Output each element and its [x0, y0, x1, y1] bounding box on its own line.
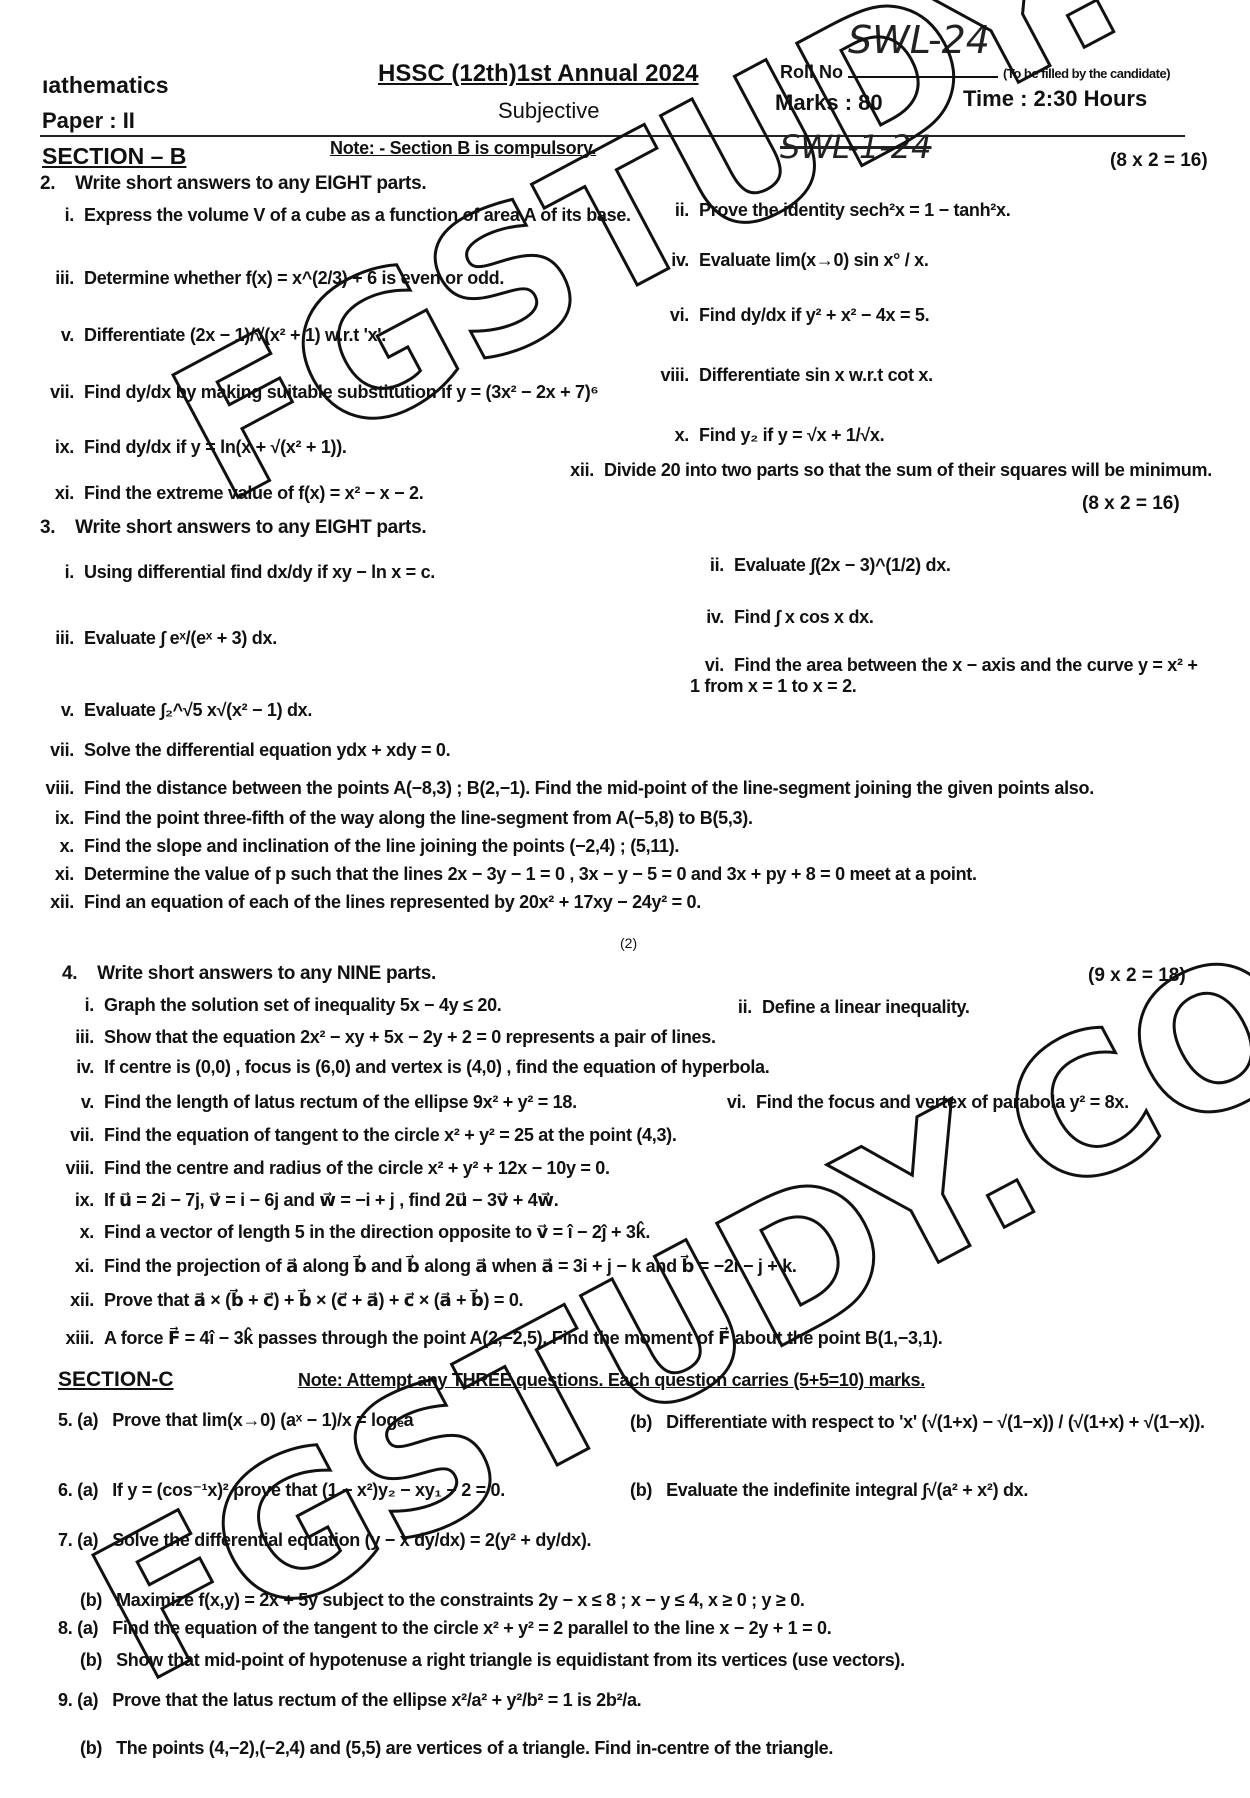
part-text: Find dy/dx if y² + x² − 4x = 5.: [699, 305, 929, 325]
q2-part: xi.Find the extreme value of f(x) = x² −…: [40, 483, 423, 504]
part-text: Prove that a⃗ × (b⃗ + c⃗) + b⃗ × (c⃗ + a…: [104, 1290, 523, 1310]
part-text: Find the equation of tangent to the circ…: [104, 1125, 677, 1145]
part-number: vii.: [40, 382, 74, 403]
part-number: vii.: [40, 740, 74, 761]
question-5-part-b: (b)Differentiate with respect to 'x' (√(…: [630, 1412, 1205, 1433]
part-label: (a): [77, 1618, 98, 1638]
part-label: (b): [630, 1480, 652, 1500]
roll-note: (To be filled by the candidate): [1003, 66, 1170, 81]
part-text: Find an equation of each of the lines re…: [84, 892, 701, 912]
part-text: Find the projection of a⃗ along b⃗ and b…: [104, 1256, 797, 1276]
roll-number-blank: [848, 76, 998, 78]
part-number: iv.: [690, 607, 724, 628]
handwritten-code: SWL-24: [848, 18, 990, 62]
part-text: Find y₂ if y = √x + 1/√x.: [699, 425, 884, 445]
part-number: xii.: [40, 892, 74, 913]
part-text: Define a linear inequality.: [762, 997, 970, 1017]
q2-part: viii.Differentiate sin x w.r.t cot x.: [655, 365, 933, 386]
q3-part: viii.Find the distance between the point…: [40, 778, 1094, 799]
roll-label: Roll No: [780, 62, 843, 82]
question-number: 6.: [58, 1480, 72, 1500]
question-8-part-a: 8. (a)Find the equation of the tangent t…: [58, 1618, 831, 1639]
part-text: Using differential find dx/dy if xy − ln…: [84, 562, 435, 582]
q2-part: ii.Prove the identity sech²x = 1 − tanh²…: [655, 200, 1010, 221]
part-text: Prove that the latus rectum of the ellip…: [112, 1690, 641, 1710]
q2-heading: 2. Write short answers to any EIGHT part…: [40, 173, 426, 195]
part-text: Find the extreme value of f(x) = x² − x …: [84, 483, 423, 503]
q2-part: i.Express the volume V of a cube as a fu…: [40, 205, 631, 226]
part-text: The points (4,−2),(−2,4) and (5,5) are v…: [116, 1738, 833, 1758]
question-number: 9.: [58, 1690, 72, 1710]
q3-instruction: Write short answers to any EIGHT parts.: [75, 517, 426, 538]
part-label: (b): [630, 1412, 652, 1432]
q3-part: v.Evaluate ∫₂^√5 x√(x² − 1) dx.: [40, 700, 312, 721]
q4-part: xii.Prove that a⃗ × (b⃗ + c⃗) + b⃗ × (c⃗…: [60, 1290, 523, 1311]
total-marks: Marks : 80: [775, 90, 883, 116]
part-text: Evaluate ∫₂^√5 x√(x² − 1) dx.: [84, 700, 312, 720]
section-b-title: SECTION – B: [42, 143, 186, 170]
q3-part: iv.Find ∫ x cos x dx.: [690, 607, 874, 628]
q4-part: iii.Show that the equation 2x² − xy + 5x…: [60, 1027, 716, 1048]
exam-title: HSSC (12th)1st Annual 2024: [378, 60, 699, 88]
part-number: iv.: [60, 1057, 94, 1078]
part-text: A force F⃗ = 4î − 3k̂ passes through the…: [104, 1328, 942, 1348]
q3-part: vi.Find the area between the x − axis an…: [690, 655, 1210, 697]
part-label: (a): [77, 1690, 98, 1710]
q2-part: ix.Find dy/dx if y = ln(x + √(x² + 1)).: [40, 437, 347, 458]
part-number: iii.: [40, 268, 74, 289]
part-text: Evaluate the indefinite integral ∫√(a² +…: [666, 1480, 1028, 1500]
q2-part: v.Differentiate (2x − 1)/√(x² + 1) w.r.t…: [40, 325, 386, 346]
time-allowed: Time : 2:30 Hours: [963, 86, 1147, 112]
part-number: x.: [60, 1222, 94, 1243]
question-6-part-b: (b)Evaluate the indefinite integral ∫√(a…: [630, 1480, 1028, 1501]
q2-part: vii.Find dy/dx by making suitable substi…: [40, 382, 598, 403]
part-number: viii.: [60, 1158, 94, 1179]
part-text: Prove the identity sech²x = 1 − tanh²x.: [699, 200, 1010, 220]
section-c-note: Note: Attempt any THREE questions. Each …: [298, 1370, 925, 1391]
q2-number: 2.: [40, 173, 55, 194]
part-number: vi.: [655, 305, 689, 326]
part-number: xiii.: [60, 1328, 94, 1349]
part-text: Evaluate lim(x→0) sin x° / x.: [699, 250, 929, 270]
q4-instruction: Write short answers to any NINE parts.: [97, 963, 436, 984]
question-5-part-a: 5. (a)Prove that lim(x→0) (aˣ − 1)/x = l…: [58, 1410, 413, 1431]
q4-part: i.Graph the solution set of inequality 5…: [60, 995, 501, 1016]
part-text: If y = (cos⁻¹x)² prove that (1 − x²)y₂ −…: [112, 1480, 505, 1500]
part-number: x.: [655, 425, 689, 446]
part-text: Determine the value of p such that the l…: [84, 864, 977, 884]
part-number: viii.: [655, 365, 689, 386]
question-number: 5.: [58, 1410, 72, 1430]
part-number: xi.: [40, 864, 74, 885]
q4-part: viii.Find the centre and radius of the c…: [60, 1158, 610, 1179]
q4-part: ix.If u⃗ = 2i − 7j, v⃗ = i − 6j and w⃗ =…: [60, 1190, 558, 1211]
question-6-part-a: 6. (a)If y = (cos⁻¹x)² prove that (1 − x…: [58, 1480, 505, 1501]
part-number: ii.: [718, 997, 752, 1018]
part-text: Graph the solution set of inequality 5x …: [104, 995, 501, 1015]
part-number: xii.: [560, 460, 594, 481]
part-label: (a): [77, 1410, 98, 1430]
part-text: Show that mid-point of hypotenuse a righ…: [116, 1650, 905, 1670]
q2-marks: (8 x 2 = 16): [1110, 150, 1208, 172]
question-7-part-b: (b)Maximize f(x,y) = 2x + 5y subject to …: [80, 1590, 805, 1611]
q4-part: x.Find a vector of length 5 in the direc…: [60, 1222, 650, 1243]
part-text: Evaluate ∫(2x − 3)^(1/2) dx.: [734, 555, 951, 575]
part-number: vi.: [690, 655, 724, 676]
q4-marks: (9 x 2 = 18): [1088, 965, 1186, 987]
part-text: Find ∫ x cos x dx.: [734, 607, 874, 627]
question-8-part-b: (b)Show that mid-point of hypotenuse a r…: [80, 1650, 905, 1671]
question-7-part-a: 7. (a)Solve the differential equation (y…: [58, 1530, 591, 1551]
section-c-title: SECTION-C: [58, 1368, 174, 1392]
question-number: 8.: [58, 1618, 72, 1638]
part-number: iv.: [655, 250, 689, 271]
header-divider: [40, 135, 1185, 137]
q2-part: iii.Determine whether f(x) = x^(2/3) + 6…: [40, 268, 504, 289]
page-marker: (2): [620, 935, 637, 951]
part-number: iii.: [60, 1027, 94, 1048]
handwritten-strike: SWL-1-24: [780, 128, 931, 166]
part-text: Find the length of latus rectum of the e…: [104, 1092, 577, 1112]
part-label: (b): [80, 1738, 102, 1758]
q2-part: iv.Evaluate lim(x→0) sin x° / x.: [655, 250, 929, 271]
part-number: ix.: [40, 808, 74, 829]
part-text: Determine whether f(x) = x^(2/3) + 6 is …: [84, 268, 504, 288]
part-number: vi.: [712, 1092, 746, 1113]
q4-part: xiii.A force F⃗ = 4î − 3k̂ passes throug…: [60, 1328, 942, 1349]
q4-part: ii.Define a linear inequality.: [718, 997, 970, 1018]
q3-number: 3.: [40, 517, 55, 538]
part-number: ix.: [60, 1190, 94, 1211]
part-text: Solve the differential equation (y − x d…: [112, 1530, 591, 1550]
part-number: i.: [40, 205, 74, 226]
part-text: Find the point three-fifth of the way al…: [84, 808, 753, 828]
part-text: If centre is (0,0) , focus is (6,0) and …: [104, 1057, 769, 1077]
q4-part: xi.Find the projection of a⃗ along b⃗ an…: [60, 1256, 797, 1277]
paper-label: Paper : II: [42, 108, 135, 134]
part-text: Divide 20 into two parts so that the sum…: [604, 460, 1212, 480]
part-number: i.: [60, 995, 94, 1016]
q4-heading: 4. Write short answers to any NINE parts…: [62, 963, 436, 985]
part-number: v.: [40, 325, 74, 346]
paper-type: Subjective: [498, 98, 600, 124]
q3-part: vii.Solve the differential equation ydx …: [40, 740, 450, 761]
question-9-part-b: (b)The points (4,−2),(−2,4) and (5,5) ar…: [80, 1738, 833, 1759]
q3-part: i.Using differential find dx/dy if xy − …: [40, 562, 435, 583]
part-number: vii.: [60, 1125, 94, 1146]
q4-part: vi.Find the focus and vertex of parabola…: [712, 1092, 1129, 1113]
part-number: ii.: [655, 200, 689, 221]
part-text: Solve the differential equation ydx + xd…: [84, 740, 450, 760]
part-text: Evaluate ∫ eˣ/(eˣ + 3) dx.: [84, 628, 277, 648]
q3-part: ix.Find the point three-fifth of the way…: [40, 808, 753, 829]
q2-part: vi.Find dy/dx if y² + x² − 4x = 5.: [655, 305, 929, 326]
part-text: Prove that lim(x→0) (aˣ − 1)/x = logₑa: [112, 1410, 413, 1430]
part-text: Find the centre and radius of the circle…: [104, 1158, 610, 1178]
part-text: Find the equation of the tangent to the …: [112, 1618, 831, 1638]
part-text: Find the distance between the points A(−…: [84, 778, 1094, 798]
q3-part: xi.Determine the value of p such that th…: [40, 864, 977, 885]
part-text: Find a vector of length 5 in the directi…: [104, 1222, 650, 1242]
q2-part: xii.Divide 20 into two parts so that the…: [560, 460, 1212, 481]
part-number: ix.: [40, 437, 74, 458]
part-number: v.: [60, 1092, 94, 1113]
part-label: (b): [80, 1590, 102, 1610]
q4-part: iv.If centre is (0,0) , focus is (6,0) a…: [60, 1057, 769, 1078]
part-text: Maximize f(x,y) = 2x + 5y subject to the…: [116, 1590, 805, 1610]
q3-part: xii.Find an equation of each of the line…: [40, 892, 701, 913]
q4-part: v.Find the length of latus rectum of the…: [60, 1092, 577, 1113]
part-number: xi.: [60, 1256, 94, 1277]
q3-part: iii.Evaluate ∫ eˣ/(eˣ + 3) dx.: [40, 628, 277, 649]
part-number: ii.: [690, 555, 724, 576]
part-text: Find the focus and vertex of parabola y²…: [756, 1092, 1129, 1112]
part-text: Find the slope and inclination of the li…: [84, 836, 679, 856]
part-number: xii.: [60, 1290, 94, 1311]
part-number: v.: [40, 700, 74, 721]
q3-heading: 3. Write short answers to any EIGHT part…: [40, 517, 426, 539]
part-text: Find dy/dx by making suitable substituti…: [84, 382, 598, 402]
part-number: x.: [40, 836, 74, 857]
q4-number: 4.: [62, 963, 77, 984]
q4-part: vii.Find the equation of tangent to the …: [60, 1125, 677, 1146]
part-text: Differentiate (2x − 1)/√(x² + 1) w.r.t '…: [84, 325, 386, 345]
q3-marks: (8 x 2 = 16): [1082, 493, 1180, 515]
roll-number-field: Roll No (To be filled by the candidate): [780, 62, 1170, 83]
part-text: Find dy/dx if y = ln(x + √(x² + 1)).: [84, 437, 347, 457]
question-9-part-a: 9. (a)Prove that the latus rectum of the…: [58, 1690, 641, 1711]
question-number: 7.: [58, 1530, 72, 1550]
subject-title: ıathematics: [42, 72, 169, 99]
part-label: (a): [77, 1530, 98, 1550]
part-number: xi.: [40, 483, 74, 504]
q2-instruction: Write short answers to any EIGHT parts.: [75, 173, 426, 194]
q3-part: x.Find the slope and inclination of the …: [40, 836, 679, 857]
part-number: iii.: [40, 628, 74, 649]
part-label: (a): [77, 1480, 98, 1500]
part-text: If u⃗ = 2i − 7j, v⃗ = i − 6j and w⃗ = −i…: [104, 1190, 558, 1210]
part-number: i.: [40, 562, 74, 583]
part-label: (b): [80, 1650, 102, 1670]
part-text: Differentiate sin x w.r.t cot x.: [699, 365, 933, 385]
part-number: viii.: [40, 778, 74, 799]
part-text: Find the area between the x − axis and t…: [690, 655, 1198, 696]
q3-part: ii.Evaluate ∫(2x − 3)^(1/2) dx.: [690, 555, 951, 576]
section-b-note: Note: - Section B is compulsory.: [330, 138, 596, 159]
part-text: Differentiate with respect to 'x' (√(1+x…: [666, 1412, 1205, 1432]
part-text: Show that the equation 2x² − xy + 5x − 2…: [104, 1027, 716, 1047]
part-text: Express the volume V of a cube as a func…: [84, 205, 631, 225]
q2-part: x.Find y₂ if y = √x + 1/√x.: [655, 425, 884, 446]
